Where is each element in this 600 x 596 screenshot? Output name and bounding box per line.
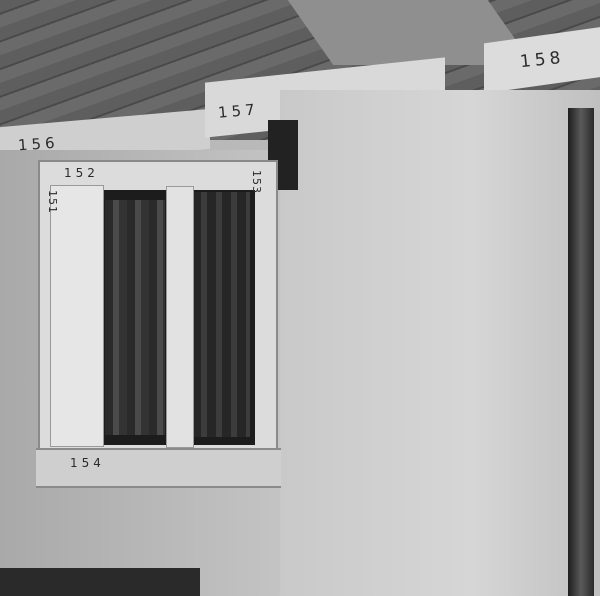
label-156: 156 [17, 134, 59, 155]
floor [0, 568, 200, 596]
window-shutter [50, 185, 104, 447]
window-mullion [166, 186, 194, 448]
photo-scene: 156 157 158 152 151 153 154 [0, 0, 600, 596]
label-157: 157 [217, 100, 259, 121]
window-pane-right [192, 192, 250, 437]
door-edge [568, 108, 594, 596]
label-153: 153 [250, 170, 263, 194]
label-154: 154 [70, 456, 105, 470]
window-pane-left [105, 200, 165, 435]
right-wall [280, 90, 600, 596]
label-152: 152 [64, 166, 99, 180]
label-151: 151 [46, 190, 59, 214]
